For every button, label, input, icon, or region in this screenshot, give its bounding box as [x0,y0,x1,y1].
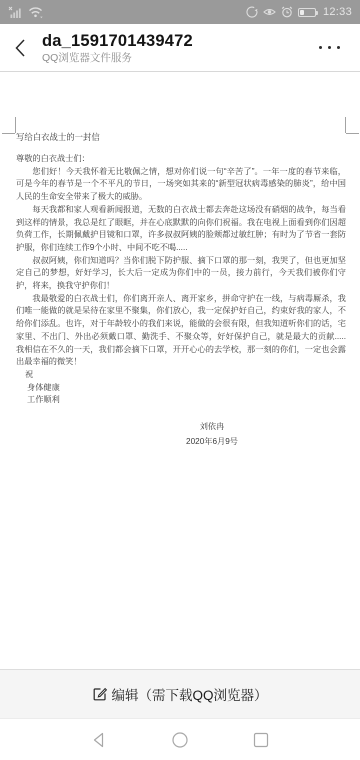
letter-paragraph: 叔叔阿姨，你们知道吗？当你们脱下防护服、摘下口罩的那一刻，我哭了，但也更加坚定自… [16,255,346,293]
status-time: 12:33 [323,6,352,18]
more-dots-icon [328,46,331,49]
eye-comfort-icon [263,6,276,18]
edit-pencil-icon [92,686,108,702]
header-titles: da_1591701439472 QQ浏览器文件服务 [42,31,193,65]
letter-body: 尊敬的白衣战士们： 您们好！今天我怀着无比敬佩之情，想对你们说一句“辛苦了”。一… [16,153,346,449]
nav-home-icon [171,731,189,749]
more-dots-icon [337,46,340,49]
more-dots-icon [319,46,322,49]
letter-salutation: 尊敬的白衣战士们： [16,153,346,166]
nav-back-icon [90,731,108,749]
letter-closing: 工作顺利 [16,394,346,407]
no-signal-icon [8,6,23,19]
status-bar: 12:33 [0,0,360,24]
nav-recents-button[interactable] [237,719,285,760]
android-nav-bar [0,718,360,760]
status-bar-left [8,6,44,19]
data-saver-icon [246,6,258,18]
file-title: da_1591701439472 [42,31,193,51]
document-page[interactable]: 写给白衣战士的一封信 尊敬的白衣战士们： 您们好！今天我怀着无比敬佩之情，想对你… [0,72,360,669]
crop-mark-top-right [346,133,359,134]
nav-back-button[interactable] [75,719,123,760]
crop-mark-top-left [2,133,15,134]
letter-paragraph: 每天我都和家人观看新闻报道，无数的白衣战士都去奔赴这场没有硝烟的战争，每当看到这… [16,204,346,255]
letter-paragraph: 我最敬爱的白衣战士们，你们离开亲人、离开家乡，拼命守护在一线，与病毒厮杀，我们唯… [16,293,346,369]
battery-icon [298,8,316,17]
edit-toolbar: 编辑（需下载QQ浏览器） [0,669,360,718]
letter-closing: 身体健康 [16,382,346,395]
chevron-left-icon [14,38,26,58]
wifi-icon [28,6,44,19]
signature-block: 刘依冉 2020年6月9号 [137,420,287,449]
nav-home-button[interactable] [156,719,204,760]
letter-title: 写给白衣战士的一封信 [16,131,100,143]
alarm-icon [281,6,293,18]
file-viewer-header: da_1591701439472 QQ浏览器文件服务 [0,24,360,72]
more-menu-button[interactable] [315,38,344,57]
crop-mark-top-right [345,117,346,133]
battery-fill [300,10,304,15]
file-service-subtitle: QQ浏览器文件服务 [42,52,193,65]
nav-recents-icon [252,731,270,749]
letter-paragraph: 您们好！今天我怀着无比敬佩之情，想对你们说一句“辛苦了”。一年一度的春节来临，可… [16,166,346,204]
status-bar-right: 12:33 [246,6,352,18]
edit-button[interactable]: 编辑（需下载QQ浏览器） [111,684,267,704]
back-button[interactable] [0,24,40,72]
letter-date: 2020年6月9号 [137,435,287,450]
letter-signature: 刘依冉 [137,420,287,435]
letter-closing: 祝 [16,369,346,382]
